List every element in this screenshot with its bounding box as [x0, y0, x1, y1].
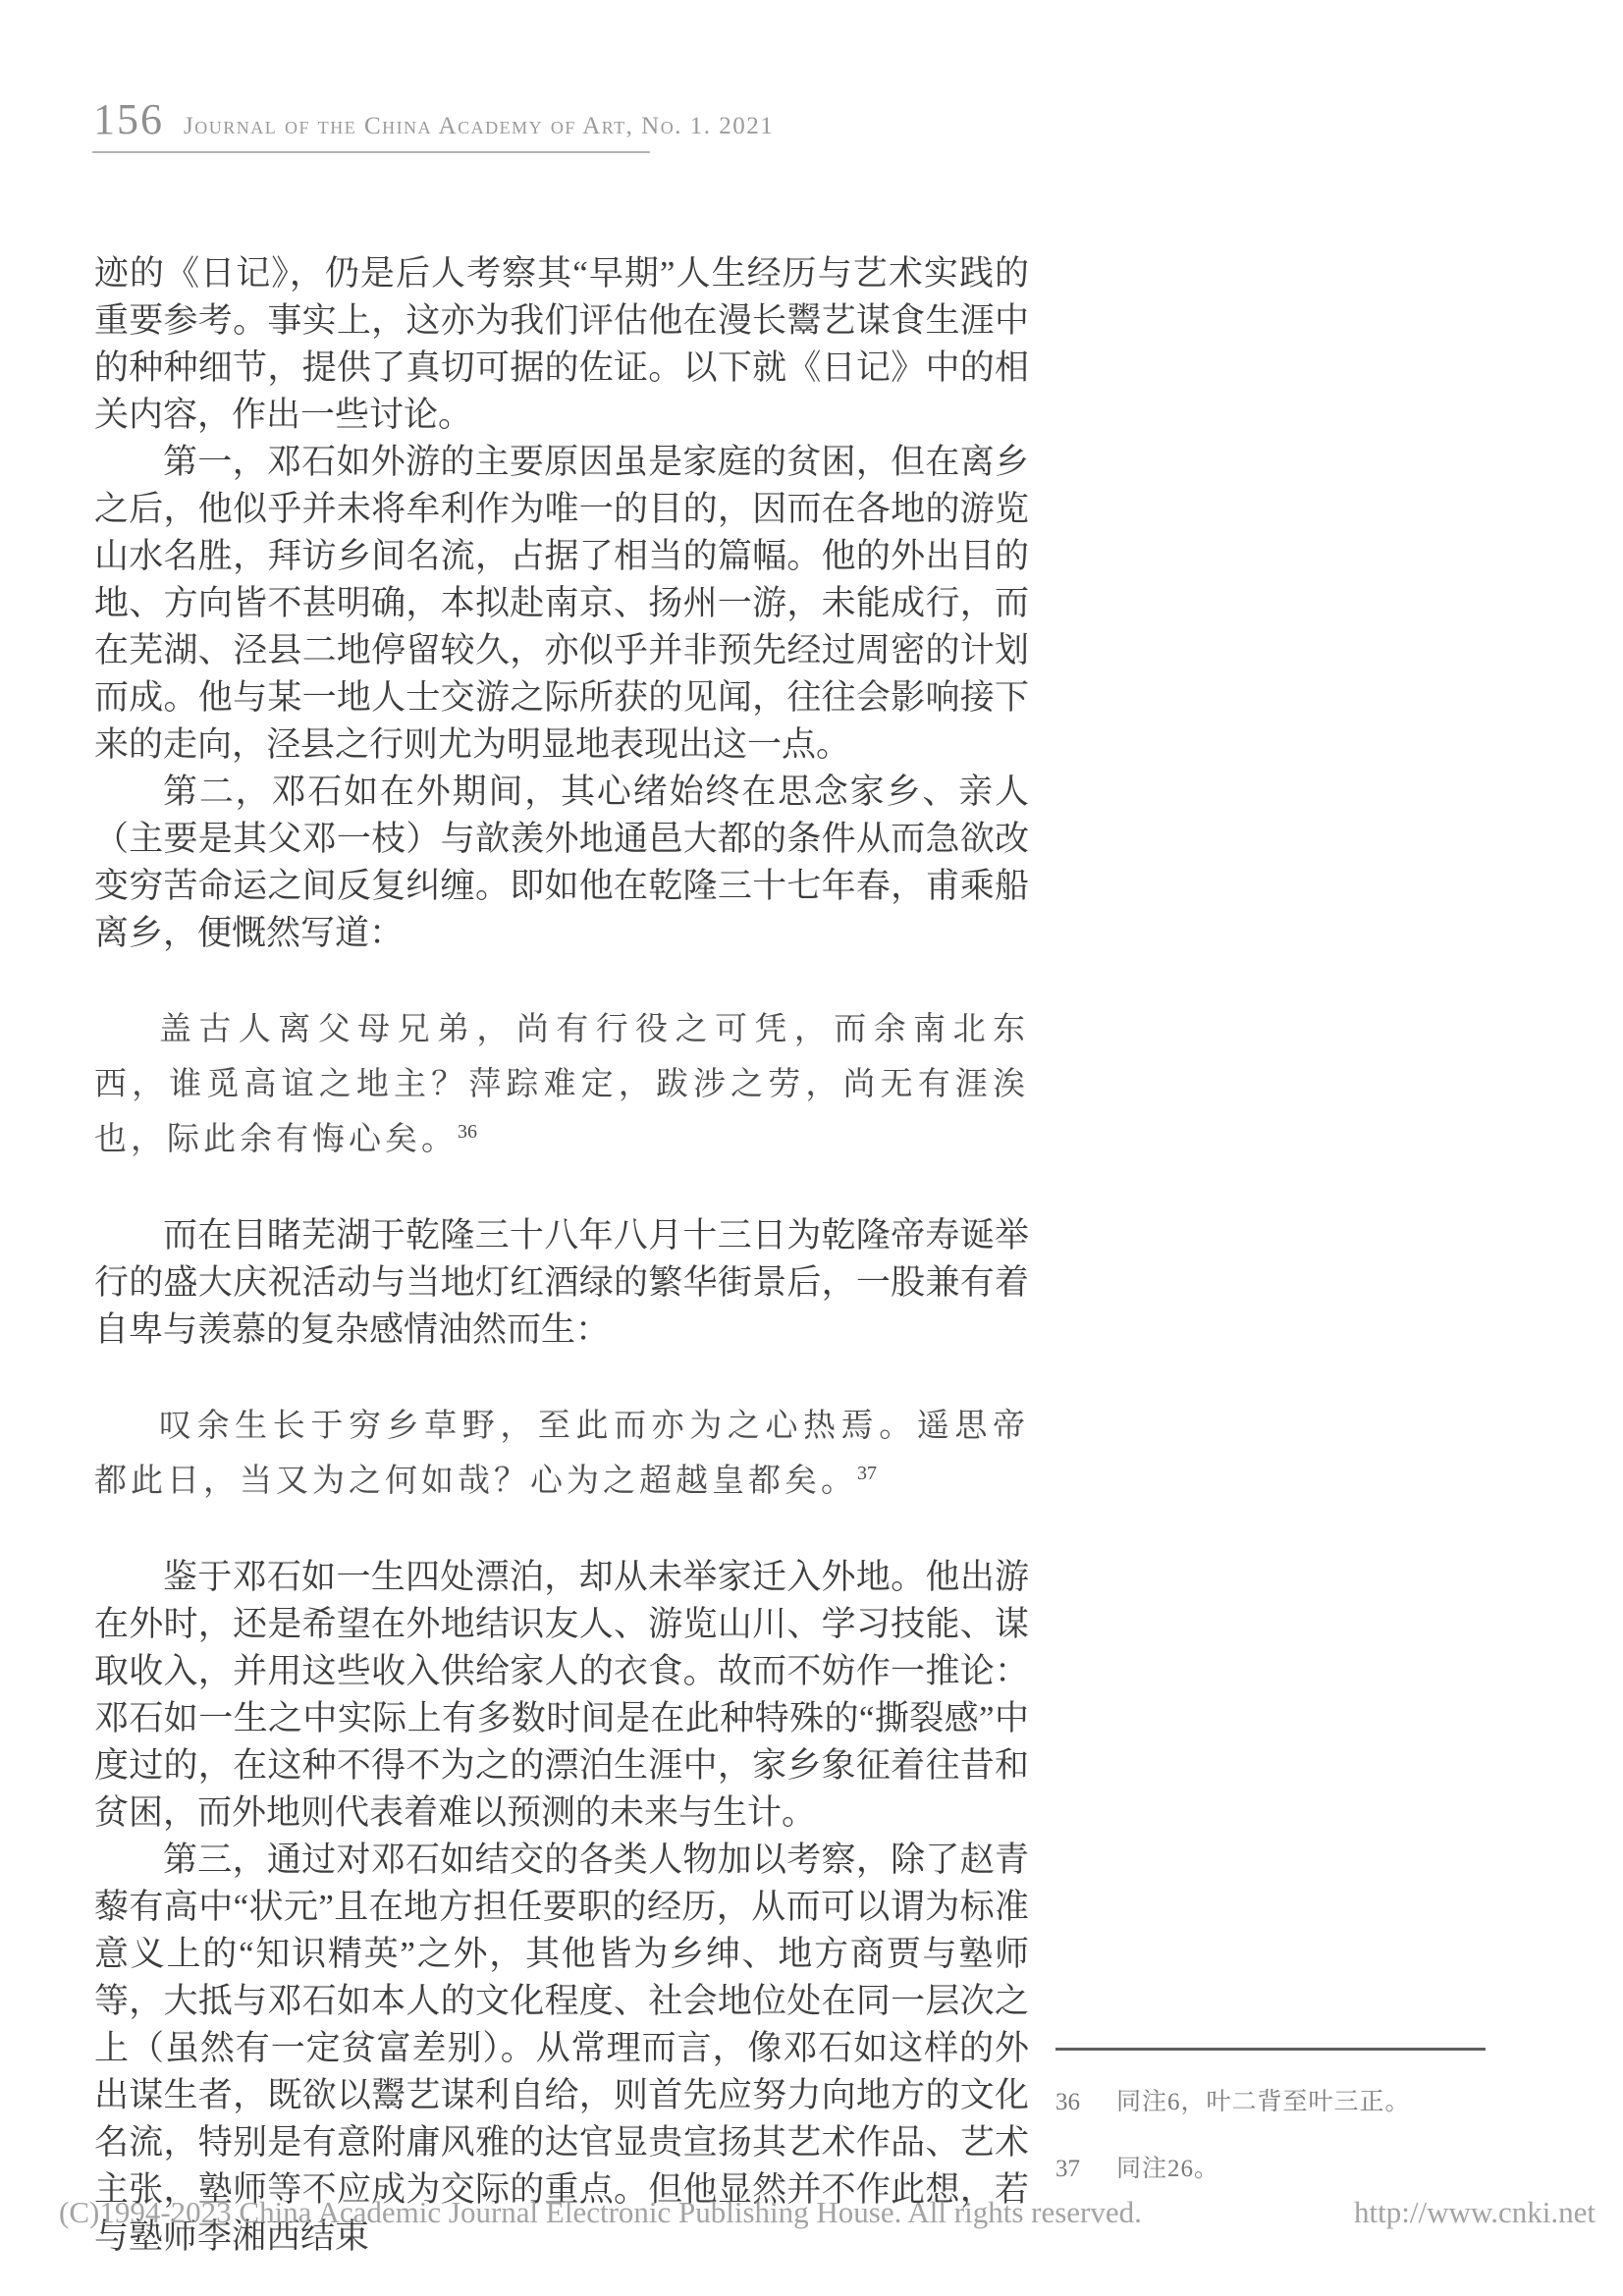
- paragraph-0: 迹的《日记》，仍是后人考察其“早期”人生经历与艺术实践的重要参考。事实上，这亦为…: [94, 250, 1029, 439]
- paragraph-text: 鉴于邓石如一生四处漂泊，却从未举家迁入外地。他出游在外时，还是希望在外地结识友人…: [94, 1558, 1029, 1832]
- page-number: 156: [93, 98, 164, 141]
- footnotes: 36同注6，叶二背至叶三正。37同注26。: [1055, 2048, 1486, 2184]
- paragraph-text: 第二，邓石如在外期间，其心绪始终在思念家乡、亲人（主要是其父邓一枝）与歆羡外地通…: [94, 773, 1029, 952]
- footnote-number: 36: [1055, 2088, 1116, 2117]
- footnote-ref-36: 36: [458, 1121, 477, 1143]
- paragraph-text: 盖古人离父母兄弟，尚有行役之可凭，而余南北东西，谁觅高谊之地主？萍踪难定，跋涉之…: [94, 1012, 1029, 1157]
- paragraph-text: 迹的《日记》，仍是后人考察其“早期”人生经历与艺术实践的重要参考。事实上，这亦为…: [94, 254, 1029, 434]
- journal-title: Journal of the China Academy of Art, No.…: [184, 114, 774, 138]
- paragraph-text: 第一，邓石如外游的主要原因虽是家庭的贫困，但在离乡之后，他似乎并未将牟利作为唯一…: [94, 443, 1029, 764]
- footnote-ref-37: 37: [857, 1463, 877, 1484]
- copyright-text: (C)1994-2023 China Academic Journal Elec…: [59, 2195, 1142, 2230]
- footnote-36: 36同注6，叶二背至叶三正。: [1055, 2088, 1486, 2117]
- page-footer: (C)1994-2023 China Academic Journal Elec…: [59, 2195, 1596, 2230]
- paragraph-text: 叹余生长于穷乡草野，至此而亦为之心热焉。遥思帝都此日，当又为之何如哉？心为之超越…: [94, 1409, 1029, 1499]
- paragraph-4: 而在目睹芜湖于乾隆三十八年八月十三日为乾隆帝寿诞举行的盛大庆祝活动与当地灯红酒绿…: [94, 1212, 1029, 1354]
- footnote-37: 37同注26。: [1055, 2155, 1486, 2184]
- journal-page: 156 Journal of the China Academy of Art,…: [0, 0, 1623, 2296]
- page-header: 156 Journal of the China Academy of Art,…: [93, 98, 774, 141]
- footnote-number: 37: [1055, 2155, 1116, 2184]
- paragraph-1: 第一，邓石如外游的主要原因虽是家庭的贫困，但在离乡之后，他似乎并未将牟利作为唯一…: [94, 439, 1029, 769]
- paragraph-text: 第三，通过对邓石如结交的各类人物加以考察，除了赵青藜有高中“状元”且在地方担任要…: [94, 1841, 1029, 2256]
- paragraph-text: 而在目睹芜湖于乾隆三十八年八月十三日为乾隆帝寿诞举行的盛大庆祝活动与当地灯红酒绿…: [94, 1216, 1029, 1349]
- quote-block-3: 盖古人离父母兄弟，尚有行役之可凭，而余南北东西，谁觅高谊之地主？萍踪难定，跋涉之…: [94, 1002, 1029, 1167]
- cnki-url: http://www.cnki.net: [1354, 2195, 1596, 2230]
- footnote-list: 36同注6，叶二背至叶三正。37同注26。: [1055, 2088, 1486, 2184]
- article-body: 迹的《日记》，仍是后人考察其“早期”人生经历与艺术实践的重要参考。事实上，这亦为…: [94, 250, 1029, 2261]
- footnote-text: 同注6，叶二背至叶三正。: [1116, 2088, 1411, 2117]
- header-rule: [92, 151, 650, 153]
- paragraph-6: 鉴于邓石如一生四处漂泊，却从未举家迁入外地。他出游在外时，还是希望在外地结识友人…: [94, 1554, 1029, 1837]
- footnote-separator: [1055, 2048, 1486, 2051]
- paragraph-2: 第二，邓石如在外期间，其心绪始终在思念家乡、亲人（主要是其父邓一枝）与歆羡外地通…: [94, 769, 1029, 957]
- quote-block-5: 叹余生长于穷乡草野，至此而亦为之心热焉。遥思帝都此日，当又为之何如哉？心为之超越…: [94, 1399, 1029, 1509]
- footnote-text: 同注26。: [1116, 2155, 1219, 2184]
